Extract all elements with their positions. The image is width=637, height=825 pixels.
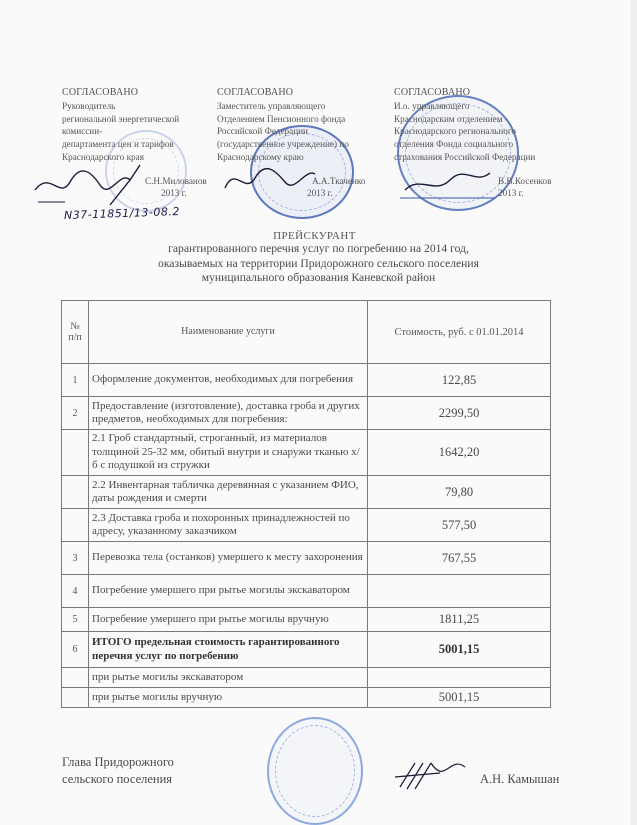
row-name: Погребение умершего при рытье могилы экс… bbox=[89, 575, 368, 608]
row-name: 2.3 Доставка гроба и похоронных принадле… bbox=[89, 509, 368, 542]
footer-position-line: Глава Придорожного bbox=[62, 754, 174, 771]
approval-line: Руководитель bbox=[62, 100, 222, 113]
approval-line: отделения Фонда социального bbox=[394, 138, 564, 151]
row-num: 1 bbox=[62, 364, 89, 397]
approval-signatory: В.В.Косенков bbox=[498, 175, 551, 188]
approval-line: Краснодарским отделением - bbox=[394, 113, 564, 126]
table-row: 5Погребение умершего при рытье могилы вр… bbox=[62, 608, 551, 632]
approval-date: 2013 г. bbox=[498, 187, 524, 200]
price-list-document: СОГЛАСОВАНО Руководитель региональной эн… bbox=[0, 0, 637, 825]
row-name: Погребение умершего при рытье могилы вру… bbox=[89, 608, 368, 632]
row-name: 2.2 Инвентарная табличка деревянная с ук… bbox=[89, 476, 368, 509]
table-row: 2Предоставление (изготовление), доставка… bbox=[62, 397, 551, 430]
approval-line: региональной энергетической bbox=[62, 113, 222, 126]
table-row: 4Погребение умершего при рытье могилы эк… bbox=[62, 575, 551, 608]
row-cost: 1642,20 bbox=[368, 430, 551, 476]
row-cost: 5001,15 bbox=[368, 632, 551, 668]
approval-signatory: А.А.Ткаченко bbox=[312, 175, 366, 188]
row-name: Предоставление (изготовление), доставка … bbox=[89, 397, 368, 430]
approval-block: СОГЛАСОВАНО И.о. управляющего Краснодарс… bbox=[394, 87, 564, 164]
row-num: 2 bbox=[62, 397, 89, 430]
table-body: 1Оформление документов, необходимых для … bbox=[62, 364, 551, 708]
footer-signatory: А.Н. Камышан bbox=[480, 772, 559, 787]
row-cost: 1811,25 bbox=[368, 608, 551, 632]
signature-milovanov-icon bbox=[30, 160, 150, 210]
approval-line: Краснодарского регионального bbox=[394, 125, 564, 138]
table-row: 1Оформление документов, необходимых для … bbox=[62, 364, 551, 397]
row-cost bbox=[368, 575, 551, 608]
approval-line: (государственное учреждение) по bbox=[217, 138, 377, 151]
approval-block: СОГЛАСОВАНО Заместитель управляющего Отд… bbox=[217, 87, 377, 164]
table-row: 3Перевозка тела (останков) умершего к ме… bbox=[62, 542, 551, 575]
row-num bbox=[62, 476, 89, 509]
page-edge bbox=[631, 0, 637, 825]
approval-line: Российской Федерации bbox=[217, 125, 377, 138]
table-row: 2.1 Гроб стандартный, строганный, из мат… bbox=[62, 430, 551, 476]
header-cost: Стоимость, руб. с 01.01.2014 bbox=[368, 301, 551, 364]
footer-position-line: сельского поселения bbox=[62, 771, 174, 788]
subtitle-line: оказываемых на территории Придорожного с… bbox=[0, 257, 637, 272]
row-num bbox=[62, 509, 89, 542]
approval-line: департамента цен и тарифов bbox=[62, 138, 222, 151]
row-cost: 577,50 bbox=[368, 509, 551, 542]
signature-kamyshan-icon bbox=[395, 755, 470, 795]
row-name: Оформление документов, необходимых для п… bbox=[89, 364, 368, 397]
approval-date: 2013 г. bbox=[161, 187, 187, 200]
row-name: 2.1 Гроб стандартный, строганный, из мат… bbox=[89, 430, 368, 476]
table-row: 6ИТОГО предельная стоимость гарантирован… bbox=[62, 632, 551, 668]
signature-tkachenko-icon bbox=[220, 160, 320, 205]
table-header-row: № п/п Наименование услуги Стоимость, руб… bbox=[62, 301, 551, 364]
approval-line: страхования Российской Федерации bbox=[394, 151, 564, 164]
subtitle-line: гарантированного перечня услуг по погреб… bbox=[0, 242, 637, 257]
footer-position: Глава Придорожного сельского поселения bbox=[62, 754, 174, 788]
header-num: № п/п bbox=[62, 301, 89, 364]
row-name: при рытье могилы экскаватором bbox=[89, 668, 368, 688]
table-row: при рытье могилы экскаватором bbox=[62, 668, 551, 688]
row-cost: 122,85 bbox=[368, 364, 551, 397]
row-cost: 2299,50 bbox=[368, 397, 551, 430]
row-cost: 5001,15 bbox=[368, 688, 551, 708]
row-name: ИТОГО предельная стоимость гарантированн… bbox=[89, 632, 368, 668]
row-num bbox=[62, 688, 89, 708]
row-num: 3 bbox=[62, 542, 89, 575]
table-row: 2.2 Инвентарная табличка деревянная с ук… bbox=[62, 476, 551, 509]
approval-line: И.о. управляющего bbox=[394, 100, 564, 113]
approval-signatory: С.Н.Милованов bbox=[145, 175, 207, 188]
approval-line: Отделением Пенсионного фонда bbox=[217, 113, 377, 126]
row-cost: 767,55 bbox=[368, 542, 551, 575]
approval-line: Заместитель управляющего bbox=[217, 100, 377, 113]
row-name: Перевозка тела (останков) умершего к мес… bbox=[89, 542, 368, 575]
header-name: Наименование услуги bbox=[89, 301, 368, 364]
approval-heading: СОГЛАСОВАНО bbox=[394, 87, 564, 100]
row-cost: 79,80 bbox=[368, 476, 551, 509]
row-num: 4 bbox=[62, 575, 89, 608]
stamp-administration-icon bbox=[267, 717, 363, 825]
signature-kosenkov-icon bbox=[400, 165, 500, 205]
table-row: 2.3 Доставка гроба и похоронных принадле… bbox=[62, 509, 551, 542]
row-num bbox=[62, 430, 89, 476]
approval-heading: СОГЛАСОВАНО bbox=[62, 87, 222, 100]
title-main: ПРЕЙСКУРАНТ bbox=[0, 230, 637, 242]
row-cost bbox=[368, 668, 551, 688]
approval-line: комиссии- bbox=[62, 125, 222, 138]
row-name: при рытье могилы вручную bbox=[89, 688, 368, 708]
row-num: 5 bbox=[62, 608, 89, 632]
price-table: № п/п Наименование услуги Стоимость, руб… bbox=[61, 300, 551, 708]
approval-block: СОГЛАСОВАНО Руководитель региональной эн… bbox=[62, 87, 222, 164]
approval-heading: СОГЛАСОВАНО bbox=[217, 87, 377, 100]
table-row: при рытье могилы вручную5001,15 bbox=[62, 688, 551, 708]
subtitle-line: муниципального образования Каневской рай… bbox=[0, 271, 637, 286]
row-num: 6 bbox=[62, 632, 89, 668]
row-num bbox=[62, 668, 89, 688]
registration-number: N37-11851/13-08.2 bbox=[64, 205, 180, 222]
document-title: ПРЕЙСКУРАНТ гарантированного перечня усл… bbox=[0, 230, 637, 286]
